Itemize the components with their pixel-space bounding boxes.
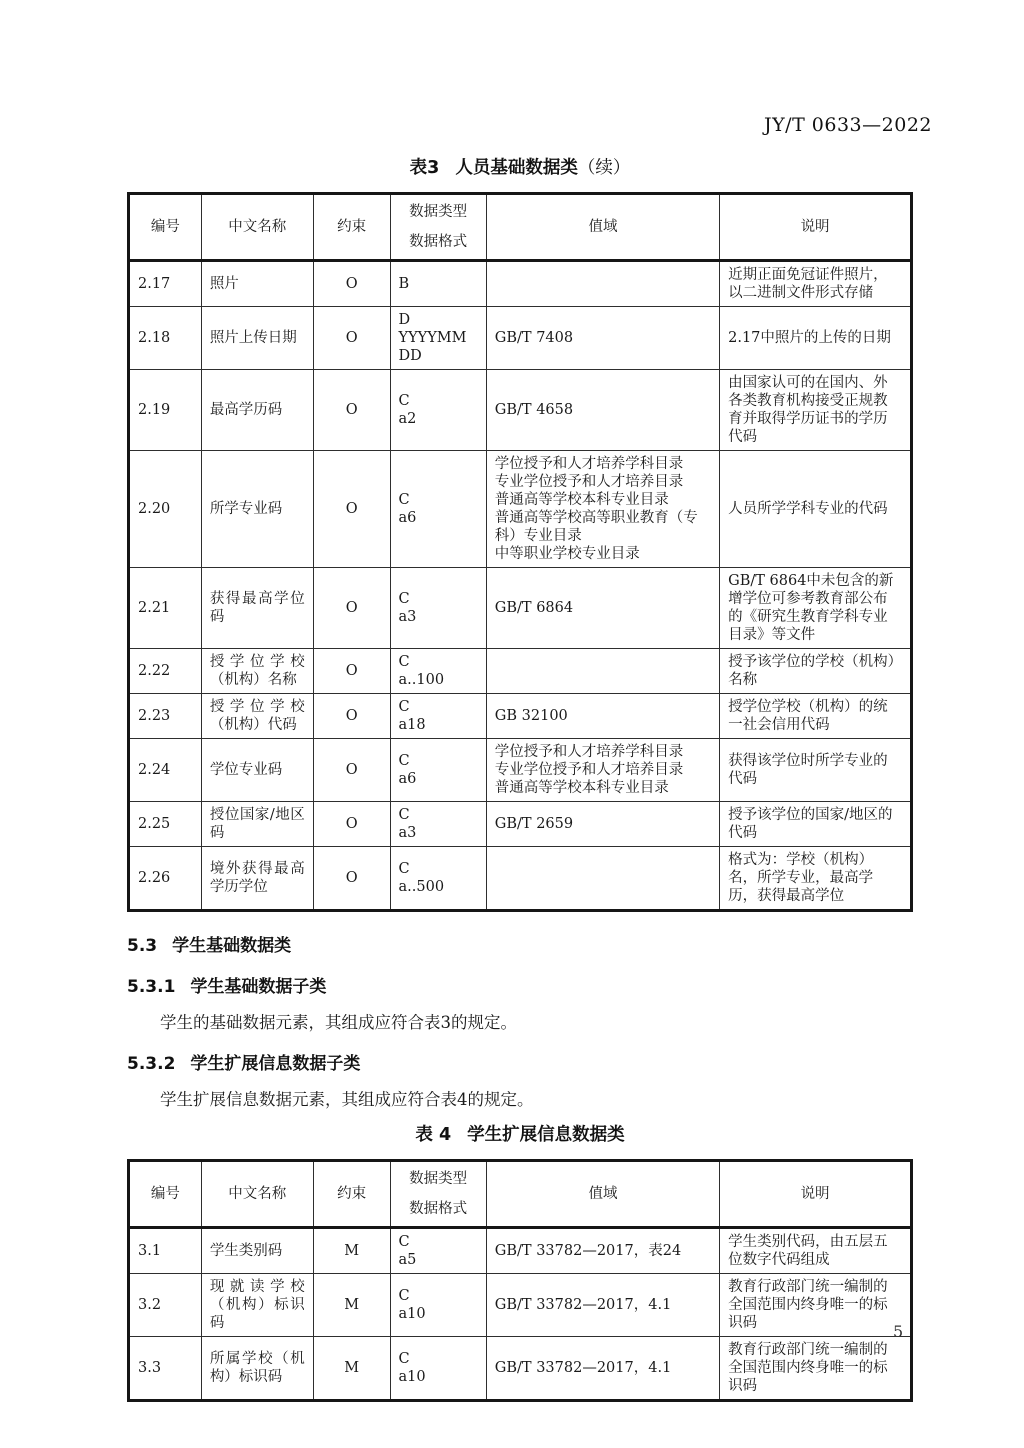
page-content: JY/T 0633—2022 表3人员基础数据类（续） 编号 中文名称 约束 数…: [127, 114, 913, 1402]
table3-body: 2.17照片OB近期正面免冠证件照片，以二进制文件形式存储2.18照片上传日期O…: [129, 261, 912, 911]
cell-range: GB/T 6864: [486, 568, 719, 649]
table4-title-prefix: 表 4: [415, 1125, 451, 1145]
cell-range: 学位授予和人才培养学科目录专业学位授予和人才培养目录普通高等学校本科专业目录普通…: [486, 451, 719, 568]
range-line: GB/T 2659: [495, 815, 711, 833]
cell-note: 授予该学位的国家/地区的代码: [720, 802, 912, 847]
col-header-type-format: 数据类型 数据格式: [390, 194, 486, 261]
cell-type-format: Ca3: [390, 802, 486, 847]
cell-id: 3.3: [129, 1337, 202, 1401]
cell-constraint: O: [313, 847, 390, 911]
format-line: a5: [399, 1251, 478, 1269]
type-line: C: [399, 752, 478, 770]
cell-type-format: DYYYYMMDD: [390, 307, 486, 370]
type-line: C: [399, 590, 478, 608]
col-header-id: 编号: [129, 1161, 202, 1228]
table-row: 3.2现就读学校（机构）标识码MCa10GB/T 33782—2017，4.1教…: [129, 1274, 912, 1337]
table3-header: 编号 中文名称 约束 数据类型 数据格式 值域 说明: [129, 194, 912, 261]
format-line: a..500: [399, 878, 478, 896]
format-line: a2: [399, 410, 478, 428]
table3-title-suffix: （续）: [578, 158, 631, 178]
range-line: GB/T 33782—2017，表24: [495, 1242, 711, 1260]
range-line: GB/T 33782—2017，4.1: [495, 1296, 711, 1314]
cell-id: 2.24: [129, 739, 202, 802]
cell-note: 近期正面免冠证件照片，以二进制文件形式存储: [720, 261, 912, 307]
range-line: 普通高等学校本科专业目录: [495, 491, 711, 509]
cell-constraint: M: [313, 1274, 390, 1337]
cell-id: 2.19: [129, 370, 202, 451]
cell-constraint: O: [313, 261, 390, 307]
cell-range: GB/T 33782—2017，4.1: [486, 1274, 719, 1337]
cell-note: 获得该学位时所学专业的代码: [720, 739, 912, 802]
cell-note: 人员所学学科专业的代码: [720, 451, 912, 568]
cell-range: GB/T 2659: [486, 802, 719, 847]
table3-title-prefix: 表3: [410, 158, 440, 178]
type-line: C: [399, 491, 478, 509]
format-line: YYYYMMDD: [399, 329, 478, 365]
table4-title-main: 学生扩展信息数据类: [467, 1125, 625, 1145]
table3-title: 表3人员基础数据类（续）: [127, 154, 913, 179]
table-row: 3.1学生类别码MCa5GB/T 33782—2017，表24学生类别代码，由五…: [129, 1228, 912, 1274]
table-row: 3.3所属学校（机构）标识码MCa10GB/T 33782—2017，4.1教育…: [129, 1337, 912, 1401]
section-heading-5-3-2: 5.3.2学生扩展信息数据子类: [127, 1049, 913, 1074]
col-header-range: 值域: [486, 1161, 719, 1228]
cell-range: [486, 261, 719, 307]
cell-id: 2.18: [129, 307, 202, 370]
cell-id: 2.26: [129, 847, 202, 911]
range-line: GB/T 7408: [495, 329, 711, 347]
cell-constraint: M: [313, 1228, 390, 1274]
range-line: 专业学位授予和人才培养目录: [495, 761, 711, 779]
cell-note: 教育行政部门统一编制的全国范围内终身唯一的标识码: [720, 1274, 912, 1337]
table-row: 2.18照片上传日期ODYYYYMMDDGB/T 74082.17中照片的上传的…: [129, 307, 912, 370]
type-line: D: [399, 311, 478, 329]
table3-title-main: 人员基础数据类: [455, 158, 578, 178]
type-line: C: [399, 1350, 478, 1368]
format-line: a3: [399, 608, 478, 626]
range-line: 专业学位授予和人才培养目录: [495, 473, 711, 491]
cell-range: GB 32100: [486, 694, 719, 739]
paragraph-5-3-2: 学生扩展信息数据元素，其组成应符合表4的规定。: [127, 1086, 913, 1110]
col-header-type-line2: 数据格式: [395, 233, 482, 251]
cell-type-format: Ca6: [390, 451, 486, 568]
type-line: C: [399, 1233, 478, 1251]
cell-type-format: Ca3: [390, 568, 486, 649]
cell-note: 授学位学校（机构）的统一社会信用代码: [720, 694, 912, 739]
cell-id: 3.2: [129, 1274, 202, 1337]
cell-type-format: Ca18: [390, 694, 486, 739]
cell-name: 最高学历码: [201, 370, 313, 451]
cell-id: 2.22: [129, 649, 202, 694]
cell-note: 格式为：学校（机构）名，所学专业，最高学历，获得最高学位: [720, 847, 912, 911]
section-heading-5-3: 5.3学生基础数据类: [127, 931, 913, 956]
table4-title: 表 4学生扩展信息数据类: [127, 1121, 913, 1146]
type-line: C: [399, 392, 478, 410]
range-line: 普通高等学校高等职业教育（专科）专业目录: [495, 509, 711, 545]
col-header-type-line1: 数据类型: [395, 203, 482, 221]
cell-name: 学位专业码: [201, 739, 313, 802]
col-header-id: 编号: [129, 194, 202, 261]
col-header-note: 说明: [720, 1161, 912, 1228]
cell-constraint: O: [313, 694, 390, 739]
cell-type-format: Ca10: [390, 1274, 486, 1337]
cell-constraint: O: [313, 802, 390, 847]
cell-constraint: O: [313, 739, 390, 802]
cell-name: 授位国家/地区码: [201, 802, 313, 847]
cell-name: 获得最高学位码: [201, 568, 313, 649]
cell-range: GB/T 33782—2017，4.1: [486, 1337, 719, 1401]
cell-type-format: Ca..500: [390, 847, 486, 911]
format-line: a10: [399, 1368, 478, 1386]
section-heading-5-3-1: 5.3.1学生基础数据子类: [127, 972, 913, 997]
type-line: C: [399, 806, 478, 824]
cell-range: [486, 847, 719, 911]
cell-type-format: Ca2: [390, 370, 486, 451]
cell-name: 所学专业码: [201, 451, 313, 568]
cell-type-format: Ca..100: [390, 649, 486, 694]
table-row: 2.19最高学历码OCa2GB/T 4658由国家认可的在国内、外各类教育机构接…: [129, 370, 912, 451]
cell-range: GB/T 4658: [486, 370, 719, 451]
cell-constraint: O: [313, 451, 390, 568]
cell-name: 所属学校（机构）标识码: [201, 1337, 313, 1401]
cell-type-format: B: [390, 261, 486, 307]
col-header-constraint: 约束: [313, 1161, 390, 1228]
range-line: GB/T 4658: [495, 401, 711, 419]
cell-constraint: O: [313, 649, 390, 694]
section-number: 5.3.1: [127, 977, 175, 997]
section-title: 学生基础数据子类: [190, 977, 326, 997]
cell-constraint: O: [313, 568, 390, 649]
col-header-range: 值域: [486, 194, 719, 261]
cell-note: GB/T 6864中未包含的新增学位可参考教育部公布的《研究生教育学科专业目录》…: [720, 568, 912, 649]
cell-type-format: Ca5: [390, 1228, 486, 1274]
cell-name: 照片上传日期: [201, 307, 313, 370]
cell-range: 学位授予和人才培养学科目录专业学位授予和人才培养目录普通高等学校本科专业目录: [486, 739, 719, 802]
cell-type-format: Ca10: [390, 1337, 486, 1401]
col-header-name: 中文名称: [201, 1161, 313, 1228]
table-row: 2.20所学专业码OCa6学位授予和人才培养学科目录专业学位授予和人才培养目录普…: [129, 451, 912, 568]
format-line: a6: [399, 509, 478, 527]
cell-id: 2.25: [129, 802, 202, 847]
format-line: a6: [399, 770, 478, 788]
section-title: 学生扩展信息数据子类: [190, 1054, 360, 1074]
col-header-name: 中文名称: [201, 194, 313, 261]
col-header-type-line2: 数据格式: [395, 1200, 482, 1218]
table3-person-basic-data: 编号 中文名称 约束 数据类型 数据格式 值域 说明 2.17照片OB近期正面免…: [127, 192, 913, 912]
range-line: GB/T 6864: [495, 599, 711, 617]
type-line: C: [399, 698, 478, 716]
cell-range: [486, 649, 719, 694]
cell-note: 学生类别代码，由五层五位数字代码组成: [720, 1228, 912, 1274]
format-line: a3: [399, 824, 478, 842]
format-line: a18: [399, 716, 478, 734]
cell-id: 2.23: [129, 694, 202, 739]
col-header-type-line1: 数据类型: [395, 1170, 482, 1188]
type-line: C: [399, 1287, 478, 1305]
range-line: 中等职业学校专业目录: [495, 545, 711, 563]
format-line: a10: [399, 1305, 478, 1323]
cell-range: GB/T 7408: [486, 307, 719, 370]
table4-header: 编号 中文名称 约束 数据类型 数据格式 值域 说明: [129, 1161, 912, 1228]
cell-id: 3.1: [129, 1228, 202, 1274]
type-line: B: [399, 275, 478, 293]
table-row: 2.23授学位学校（机构）代码OCa18GB 32100授学位学校（机构）的统一…: [129, 694, 912, 739]
range-line: GB/T 33782—2017，4.1: [495, 1359, 711, 1377]
paragraph-5-3-1: 学生的基础数据元素，其组成应符合表3的规定。: [127, 1009, 913, 1033]
format-line: a..100: [399, 671, 478, 689]
range-line: 学位授予和人才培养学科目录: [495, 743, 711, 761]
range-line: GB 32100: [495, 707, 711, 725]
cell-id: 2.20: [129, 451, 202, 568]
page-number: 5: [893, 1322, 903, 1341]
cell-type-format: Ca6: [390, 739, 486, 802]
section-title: 学生基础数据类: [172, 936, 291, 956]
cell-note: 由国家认可的在国内、外各类教育机构接受正规教育并取得学历证书的学历代码: [720, 370, 912, 451]
cell-name: 授学位学校（机构）名称: [201, 649, 313, 694]
section-number: 5.3.2: [127, 1054, 175, 1074]
table-row: 2.17照片OB近期正面免冠证件照片，以二进制文件形式存储: [129, 261, 912, 307]
type-line: C: [399, 653, 478, 671]
type-line: C: [399, 860, 478, 878]
cell-constraint: O: [313, 370, 390, 451]
table-row: 2.25授位国家/地区码OCa3GB/T 2659授予该学位的国家/地区的代码: [129, 802, 912, 847]
range-line: 普通高等学校本科专业目录: [495, 779, 711, 797]
cell-name: 授学位学校（机构）代码: [201, 694, 313, 739]
cell-range: GB/T 33782—2017，表24: [486, 1228, 719, 1274]
table-row: 2.26境外获得最高学历学位OCa..500格式为：学校（机构）名，所学专业，最…: [129, 847, 912, 911]
table-header-row: 编号 中文名称 约束 数据类型 数据格式 值域 说明: [129, 1161, 912, 1228]
cell-note: 2.17中照片的上传的日期: [720, 307, 912, 370]
range-line: 学位授予和人才培养学科目录: [495, 455, 711, 473]
table4-body: 3.1学生类别码MCa5GB/T 33782—2017，表24学生类别代码，由五…: [129, 1228, 912, 1401]
table4-student-extended-data: 编号 中文名称 约束 数据类型 数据格式 值域 说明 3.1学生类别码MCa5G…: [127, 1159, 913, 1402]
cell-note: 教育行政部门统一编制的全国范围内终身唯一的标识码: [720, 1337, 912, 1401]
cell-id: 2.21: [129, 568, 202, 649]
cell-name: 境外获得最高学历学位: [201, 847, 313, 911]
cell-name: 照片: [201, 261, 313, 307]
table-row: 2.22授学位学校（机构）名称OCa..100授予该学位的学校（机构）名称: [129, 649, 912, 694]
section-number: 5.3: [127, 936, 157, 956]
col-header-note: 说明: [720, 194, 912, 261]
col-header-type-format: 数据类型 数据格式: [390, 1161, 486, 1228]
cell-name: 学生类别码: [201, 1228, 313, 1274]
cell-constraint: M: [313, 1337, 390, 1401]
standard-number: JY/T 0633—2022: [127, 114, 932, 136]
cell-constraint: O: [313, 307, 390, 370]
cell-id: 2.17: [129, 261, 202, 307]
cell-note: 授予该学位的学校（机构）名称: [720, 649, 912, 694]
table-header-row: 编号 中文名称 约束 数据类型 数据格式 值域 说明: [129, 194, 912, 261]
table-row: 2.21获得最高学位码OCa3GB/T 6864GB/T 6864中未包含的新增…: [129, 568, 912, 649]
cell-name: 现就读学校（机构）标识码: [201, 1274, 313, 1337]
table-row: 2.24学位专业码OCa6学位授予和人才培养学科目录专业学位授予和人才培养目录普…: [129, 739, 912, 802]
col-header-constraint: 约束: [313, 194, 390, 261]
